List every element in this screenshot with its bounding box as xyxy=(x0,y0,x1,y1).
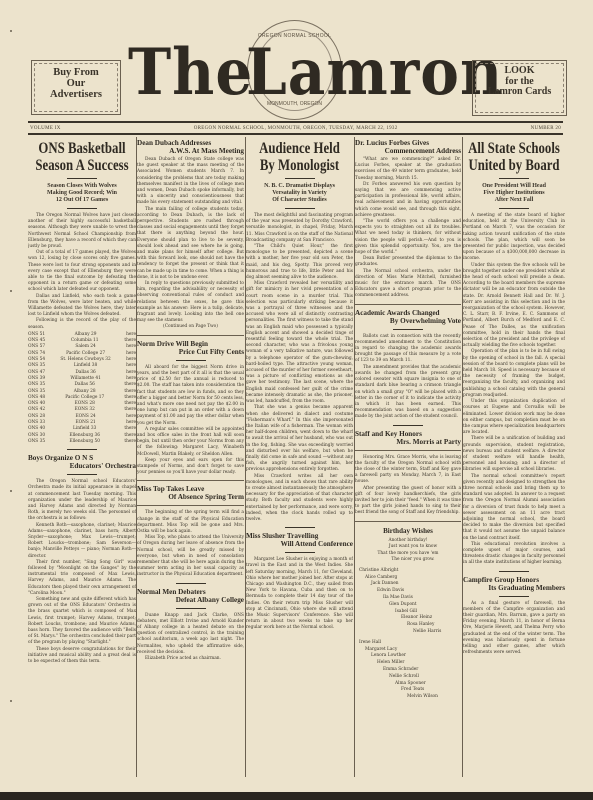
paragraph: "What are we commencing?" asked Dr. Luci… xyxy=(355,157,461,182)
masthead: Buy From Our Advertisers OREGON NORMAL S… xyxy=(0,0,593,110)
paragraph: Elizabeth Price acted as chairman. xyxy=(137,656,244,662)
dateline: VOLUME IX OREGON NORMAL SCHOOL, MONMOUTH… xyxy=(28,121,563,135)
story-body: Margaret Lee Slusher is enjoying a month… xyxy=(246,557,353,631)
paragraph: Honoring Mrs. Grace Morris, who is leavi… xyxy=(355,455,461,486)
paragraph: Ballots cast in connection with the rece… xyxy=(355,334,461,365)
column-3: Audience HeldBy Monologist N. B. C. Dram… xyxy=(246,137,353,787)
paragraph: This educational revolution involves a c… xyxy=(463,542,565,567)
birthday-name: Nellie Schroll xyxy=(355,674,461,681)
ear-left-line: Our xyxy=(32,78,120,89)
paragraph: "The world offers you a challenge and ex… xyxy=(355,219,461,256)
punch-hole xyxy=(10,290,12,292)
deck-state-schools: One President Will HeadFive Higher Insti… xyxy=(463,183,565,204)
divider xyxy=(499,208,529,209)
paragraph: Miss Top, who plans to attend the Univer… xyxy=(137,535,244,578)
paragraph: The normal school committee's report giv… xyxy=(463,474,565,542)
ear-right-line: LOOK xyxy=(473,66,566,77)
birthday-name: Nellie Harris xyxy=(355,629,461,636)
divider xyxy=(137,335,244,336)
score-row: ONS 35Ellensburg 50there xyxy=(28,439,136,445)
birthday-name: Irene Hall xyxy=(355,640,461,647)
divider xyxy=(393,425,423,426)
headline-norm-drive: Norm Drive Will BeginPrice Cut Fifty Cen… xyxy=(137,340,244,356)
headline-basketball: ONS BasketballSeason A Success xyxy=(28,140,136,174)
continued-note: (Continued on Page Two) xyxy=(137,324,244,330)
story-body: Ballots cast in connection with the rece… xyxy=(355,334,461,421)
scan-edge xyxy=(0,792,593,800)
headline-campfire: Campfire Group HonorsIts Graduating Memb… xyxy=(463,576,565,592)
headline-state-schools: All State SchoolsUnited by Board xyxy=(463,140,565,174)
ear-left-box: Buy From Our Advertisers xyxy=(31,60,121,115)
headline-forbes: Dr. Lucius Forbes GivesCommencement Addr… xyxy=(355,139,461,155)
divider xyxy=(393,329,423,330)
volume-label: VOLUME IX xyxy=(30,126,61,131)
nameplate-the: The xyxy=(128,34,253,109)
birthday-name: Glen Dupont xyxy=(355,602,461,609)
paragraph: A regular sales committee will be appoin… xyxy=(137,427,244,458)
divider xyxy=(67,208,97,209)
birthday-name: Margaret Lacy xyxy=(355,647,461,654)
paragraph: Margaret Lee Slusher is enjoying a month… xyxy=(246,557,353,631)
dateline-center: OREGON NORMAL SCHOOL, MONMOUTH, OREGON, … xyxy=(194,126,398,131)
paragraph: Duane Knapp and Jack Clarke, ONS debater… xyxy=(137,613,244,656)
story-body: The beginning of the spring term will fi… xyxy=(137,510,244,578)
birthday-name: Isabel Gill xyxy=(355,609,461,616)
divider xyxy=(499,178,529,179)
birthday-name: Edwin Davis xyxy=(355,588,461,595)
headline-monologist: Audience HeldBy Monologist xyxy=(246,140,353,174)
story-body: "What are we commencing?" asked Dr. Luci… xyxy=(355,157,461,300)
story-body: As a final gesture of farewell, the memb… xyxy=(463,601,565,657)
divider xyxy=(176,608,206,609)
headline-slusher: Miss Slusher TravellingWill Attend Confe… xyxy=(246,532,353,548)
divider xyxy=(137,505,244,506)
story-body: All aboard for the biggest Norm drive in… xyxy=(137,365,244,477)
story-body: Honoring Mrs. Grace Morris, who is leavi… xyxy=(355,455,461,517)
columns: ONS BasketballSeason A Success Season Cl… xyxy=(28,137,565,789)
newspaper-nameplate: The Lamron xyxy=(128,34,468,113)
ear-left-line: Buy From xyxy=(32,67,120,78)
paragraph: "The Child's Quiet Hour," the first mono… xyxy=(246,244,353,281)
paragraph: These boys deserve congratulations for t… xyxy=(28,647,136,666)
divider xyxy=(67,474,97,475)
ear-left-line: Advertisers xyxy=(32,89,120,100)
birthday-name: Eleanor Heinz xyxy=(355,615,461,622)
divider xyxy=(176,583,206,584)
paragraph: The amendment provides that the academic… xyxy=(355,365,461,421)
headline-orchestra: Boys Organize O N SEducators' Orchestra xyxy=(28,454,136,470)
divider xyxy=(137,480,244,481)
story-body: The Oregon Normal school Educators' Orch… xyxy=(28,479,136,665)
divider xyxy=(355,450,461,451)
birthday-poem: Another birthday!Just want you to knowTh… xyxy=(355,538,461,564)
column-2: Dean Dubach AddressesA.W.S. At Mass Meet… xyxy=(137,137,244,787)
birthday-name: Alice Camberg xyxy=(355,575,461,582)
paragraph: As a final gesture of farewell, the memb… xyxy=(463,601,565,657)
birthday-name: Ila Mae Davis xyxy=(355,595,461,602)
birthday-name: Alma Spooner xyxy=(355,681,461,688)
paragraph: Out of a total of 17 games played, the W… xyxy=(28,250,136,293)
divider xyxy=(355,304,461,305)
divider xyxy=(285,178,315,179)
birthday-names-a: Christine AlbrightAlice CambergJack Dann… xyxy=(355,568,461,636)
birthday-name: Fred Teats xyxy=(355,687,461,694)
paragraph: Operation of the plan is to be in full s… xyxy=(463,349,565,399)
paragraph: The Normal school orchestra, under the d… xyxy=(355,269,461,300)
headline-debaters: Normal Men DebatersDefeat Albany College xyxy=(137,588,244,604)
paragraph: Under this system the five schools will … xyxy=(463,263,565,350)
headline-miss-top: Miss Top Takes LeaveOf Absence Spring Te… xyxy=(137,485,244,501)
deck-monologist: N. B. C. Dramatist DisplaysVersatality i… xyxy=(246,183,353,204)
paragraph: The beginning of the spring term will fi… xyxy=(137,510,244,535)
paragraph: There will be a unification of building … xyxy=(463,436,565,473)
divider xyxy=(355,521,461,522)
deck-basketball: Season Closes With WolvesMaking Good Rec… xyxy=(28,183,136,204)
column-4: Dr. Lucius Forbes GivesCommencement Addr… xyxy=(355,137,461,787)
ear-right-line: Lamron Cards xyxy=(473,87,566,98)
divider xyxy=(67,178,97,179)
birthday-name: Lenora Lowther xyxy=(355,653,461,660)
ear-right-box: LOOK for the Lamron Cards xyxy=(472,60,567,116)
punch-hole xyxy=(10,700,12,702)
paragraph: Following is the record of the play of t… xyxy=(28,318,136,330)
paragraph: Miss Crawford writes all her own monolog… xyxy=(246,474,353,524)
newspaper-page: Buy From Our Advertisers OREGON NORMAL S… xyxy=(0,0,593,792)
birthday-name: Rosa Hanley xyxy=(355,622,461,629)
divider xyxy=(176,360,206,361)
headline-dubach: Dean Dubach AddressesA.W.S. At Mass Meet… xyxy=(137,139,244,155)
story-body: The most delightful and fascinating prog… xyxy=(246,213,353,523)
paragraph: In reply to questions previously submitt… xyxy=(137,281,244,324)
punch-hole xyxy=(10,30,12,32)
divider xyxy=(285,552,315,553)
paragraph: Dallas and Linfield, who each took a gam… xyxy=(28,294,136,319)
punch-hole xyxy=(10,490,12,492)
paragraph: Something new and quite different which … xyxy=(28,597,136,647)
birthday-names-b: Irene HallMargaret LacyLenora LowtherHel… xyxy=(355,640,461,701)
story-body: Duane Knapp and Jack Clarke, ONS debater… xyxy=(137,613,244,663)
paragraph: All aboard for the biggest Norm drive in… xyxy=(137,365,244,427)
divider xyxy=(285,208,315,209)
divider xyxy=(499,571,529,572)
paragraph: Under this organization duplication of c… xyxy=(463,399,565,436)
issue-number: NUMBER 20 xyxy=(531,126,561,131)
nameplate-name: Lamron xyxy=(246,34,503,109)
paragraph: Kenneth Roth—saxophone, clarinet; Mauric… xyxy=(28,523,136,560)
birthday-name: Helen Miller xyxy=(355,660,461,667)
birthday-name: Jack Dannen xyxy=(355,581,461,588)
paragraph: A meeting of the state board of higher e… xyxy=(463,213,565,263)
birthday-title: Birthday Wishes xyxy=(355,528,461,534)
paragraph: Miss Crawford revealed her versatility a… xyxy=(246,281,353,405)
paragraph: Their first number, "Sing Song Girl" was… xyxy=(28,560,136,597)
paragraph: Keep your eyes and ears open for this st… xyxy=(137,458,244,477)
birthday-name: Emma Schrader xyxy=(355,667,461,674)
paragraph: Dean Butler presented the diplomas to th… xyxy=(355,256,461,268)
paragraph: Dr. Forbes answered his own question by … xyxy=(355,182,461,219)
headline-staff-key: Staff and Key HonorsMrs. Morris at Party xyxy=(355,430,461,446)
paragraph: The Oregon Normal Wolves have just close… xyxy=(28,213,136,250)
paragraph: That she was a genius became apparent wh… xyxy=(246,405,353,473)
paragraph: The main failing of college students tod… xyxy=(137,207,244,281)
column-1: ONS BasketballSeason A Success Season Cl… xyxy=(28,137,136,787)
column-5: All State SchoolsUnited by Board One Pre… xyxy=(463,137,565,787)
paragraph: After presenting the guest of honor with… xyxy=(355,486,461,517)
story-body: Dean Dubach of Oregon State college was … xyxy=(137,157,244,324)
divider xyxy=(285,527,315,528)
story-body: A meeting of the state board of higher e… xyxy=(463,213,565,567)
score-table: ONS 51Albany 29hereONS 45Columbia 11ther… xyxy=(28,332,136,445)
headline-awards: Academic Awards ChangedBy Overwhelming V… xyxy=(355,309,461,325)
paragraph: The Oregon Normal school Educators' Orch… xyxy=(28,479,136,522)
story-body: The Oregon Normal Wolves have just close… xyxy=(28,213,136,331)
paragraph: Dean Dubach of Oregon State college was … xyxy=(137,157,244,207)
paragraph: The most delightful and fascinating prog… xyxy=(246,213,353,244)
divider xyxy=(67,449,97,450)
birthday-name: Melvin Wilson xyxy=(355,694,461,701)
birthday-name: Christine Albright xyxy=(355,568,461,575)
divider xyxy=(499,596,529,597)
